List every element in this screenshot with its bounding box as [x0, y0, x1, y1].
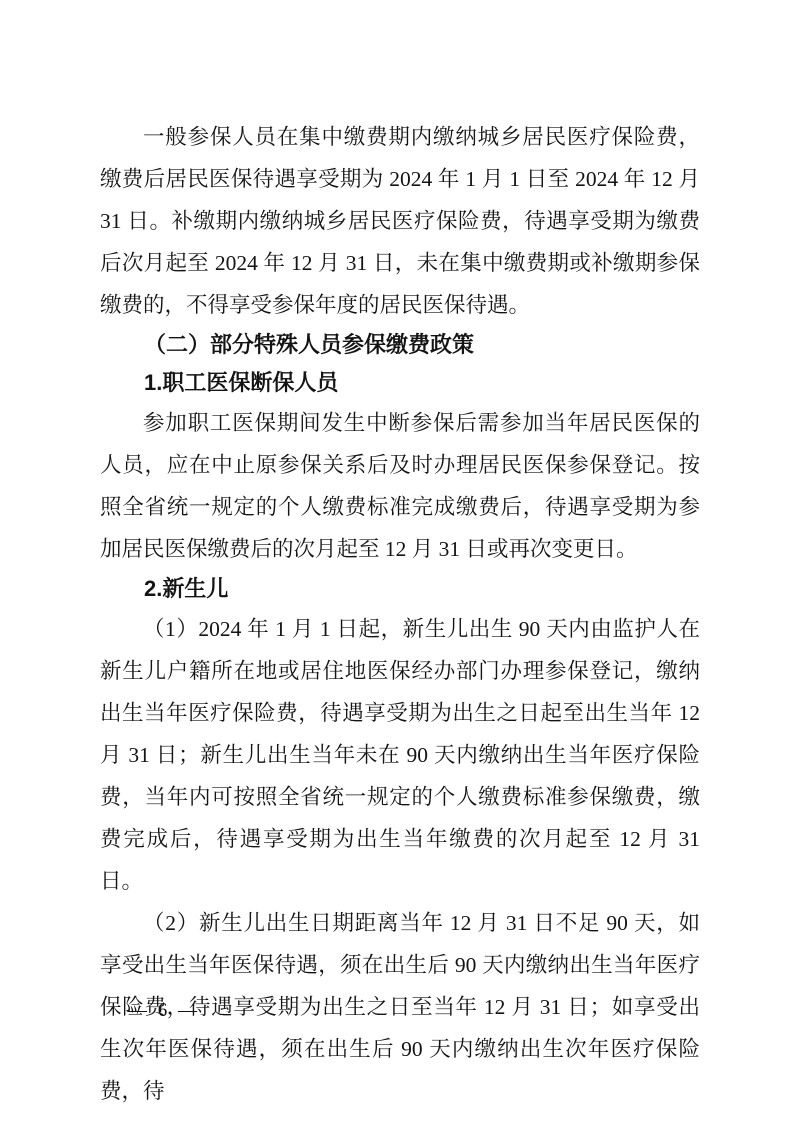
document-body: 一般参保人员在集中缴费期内缴纳城乡居民医疗保险费，缴费后居民医保待遇享受期为 2… — [100, 116, 700, 1112]
subheading-newborns: 2.新生儿 — [100, 570, 700, 608]
paragraph-interrupted-enrollment-rules: 参加职工医保期间发生中断参保后需参加当年居民医保的人员，应在中止原参保关系后及时… — [100, 402, 700, 570]
page-number: — 6 — — [128, 997, 200, 1025]
subheading-employee-insurance-interrupted: 1.职工医保断保人员 — [100, 364, 700, 402]
document-page: 一般参保人员在集中缴费期内缴纳城乡居民医疗保险费，缴费后居民医保待遇享受期为 2… — [0, 0, 793, 1122]
paragraph-general-enrollment-policy: 一般参保人员在集中缴费期内缴纳城乡居民医疗保险费，缴费后居民医保待遇享受期为 2… — [100, 116, 700, 326]
section-heading-special-groups-policy: （二）部分特殊人员参保缴费政策 — [100, 326, 700, 364]
paragraph-newborn-rule-1: （1）2024 年 1 月 1 日起，新生儿出生 90 天内由监护人在新生儿户籍… — [100, 608, 700, 902]
